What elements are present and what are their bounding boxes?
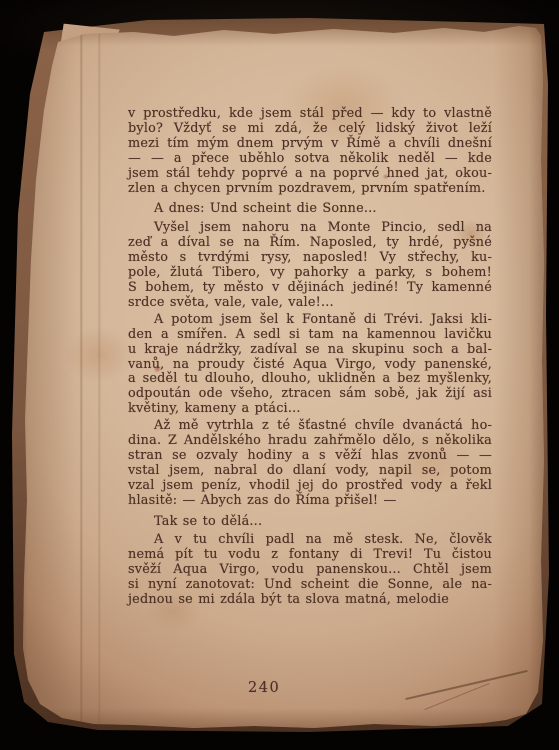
paragraph: A v tu chvíli padl na mě stesk. Ne, člov… bbox=[128, 533, 492, 608]
text-line: odpoután ode všeho, ztracen sám sobě, ja… bbox=[128, 387, 492, 402]
text-line: Tak se to dělá... bbox=[128, 515, 492, 530]
text-line: svěží Aqua Virgo, vodu panenskou... Chtě… bbox=[128, 563, 492, 578]
text-line: Vyšel jsem nahoru na Monte Pincio, sedl … bbox=[128, 221, 492, 236]
text-line: Až mě vytrhla z té šťastné chvíle dvanác… bbox=[128, 419, 492, 434]
text-line: A dnes: Und scheint die Sonne... bbox=[128, 202, 492, 217]
page-number: 240 bbox=[248, 681, 280, 696]
paragraph: v prostředku, kde jsem stál před — kdy t… bbox=[128, 107, 492, 196]
text-line: bylo? Vždyť se mi zdá, že celý lidský ži… bbox=[128, 122, 492, 137]
text-line: mezi tím mým dnem prvým v Římě a chvíli … bbox=[128, 137, 492, 152]
text-line: město s tvrdými rysy, naposled! Vy střec… bbox=[128, 251, 492, 266]
book-page: v prostředku, kde jsem stál před — kdy t… bbox=[14, 20, 545, 732]
text-line: pole, žlutá Tibero, vy pahorky a parky, … bbox=[128, 266, 492, 281]
paragraph: Až mě vytrhla z té šťastné chvíle dvanác… bbox=[128, 419, 492, 508]
text-line: S bohem, ty město v dějinách jediné! Ty … bbox=[128, 281, 492, 296]
text-line: stran se ozvaly hodiny a s věží hlas zvo… bbox=[128, 449, 492, 464]
paragraph: Tak se to dělá... bbox=[128, 515, 492, 530]
fold-crease bbox=[405, 670, 527, 700]
text-line: zeď a díval se na Řím. Naposled, ty hrdé… bbox=[128, 236, 492, 251]
book-photo: v prostředku, kde jsem stál před — kdy t… bbox=[0, 0, 559, 750]
text-line: jednou se mi zdála být ta slova matná, m… bbox=[128, 593, 492, 608]
paragraph: Vyšel jsem nahoru na Monte Pincio, sedl … bbox=[128, 221, 492, 310]
text-line: vstal jsem, nabral do dlaní vody, napil … bbox=[128, 464, 492, 479]
paragraph: A dnes: Und scheint die Sonne... bbox=[128, 202, 492, 217]
text-line: A potom jsem šel k Fontaně di Trévi. Jak… bbox=[128, 313, 492, 328]
text-line: květiny, kameny a ptáci... bbox=[128, 402, 492, 417]
text-line: zlen a chycen prvním pozdravem, prvním s… bbox=[128, 182, 492, 197]
text-line: srdce světa, vale, vale, vale!... bbox=[128, 296, 492, 311]
text-line: jsem stál tehdy poprvé a na poprvé hned … bbox=[128, 167, 492, 182]
page-text: v prostředku, kde jsem stál před — kdy t… bbox=[128, 107, 492, 608]
text-line: u kraje nádržky, zadíval se na skupinu s… bbox=[128, 343, 492, 358]
paragraph: A potom jsem šel k Fontaně di Trévi. Jak… bbox=[128, 313, 492, 417]
text-line: si nyní zanotovat: Und scheint die Sonne… bbox=[128, 578, 492, 593]
text-line: vzal jsem peníz, vhodil jej do prostřed … bbox=[128, 479, 492, 494]
text-line: — — a přece uběhlo sotva několik neděl —… bbox=[128, 152, 492, 167]
text-line: hlasitě: — Abych zas do Říma přišel! — bbox=[128, 494, 492, 509]
text-line: dina. Z Andělského hradu zahřmělo dělo, … bbox=[128, 434, 492, 449]
text-line: den a smířen. A sedl si tam na kamennou … bbox=[128, 328, 492, 343]
text-line: v prostředku, kde jsem stál před — kdy t… bbox=[128, 107, 492, 122]
